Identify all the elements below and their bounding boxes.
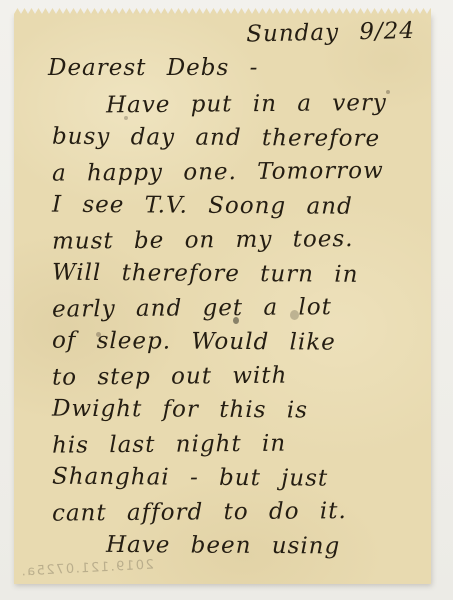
letter-line: to step out with	[52, 357, 431, 394]
letter-line: Will therefore turn in	[52, 256, 431, 293]
letter-line: Have put in a very	[106, 86, 431, 123]
letter-line: Dwight for this is	[52, 392, 431, 429]
letter-line: I see T.V. Soong and	[52, 188, 431, 225]
scanned-letter-scene: Sunday 9/24 Dearest Debs - Have put in a…	[0, 0, 453, 600]
letter-line: early and get a lot	[52, 289, 431, 326]
letter-line: his last night in	[52, 425, 431, 462]
letter-line: Shanghai - but just	[52, 460, 431, 497]
letter-line: cant afford to do it.	[52, 493, 431, 530]
letter-paper: Sunday 9/24 Dearest Debs - Have put in a…	[14, 14, 431, 584]
letter-body: Have put in a very busy day and therefor…	[14, 87, 431, 563]
letter-line: Have been using	[106, 528, 431, 564]
letter-line: busy day and therefore	[52, 120, 431, 157]
letter-date: Sunday 9/24	[14, 10, 432, 56]
letter-line: must be on my toes.	[52, 221, 431, 258]
letter-line: a happy one. Tomorrow	[52, 153, 431, 190]
letter-salutation: Dearest Debs -	[48, 51, 431, 85]
letter-line: of sleep. Would like	[52, 324, 431, 361]
letter-content: Sunday 9/24 Dearest Debs - Have put in a…	[14, 14, 431, 584]
